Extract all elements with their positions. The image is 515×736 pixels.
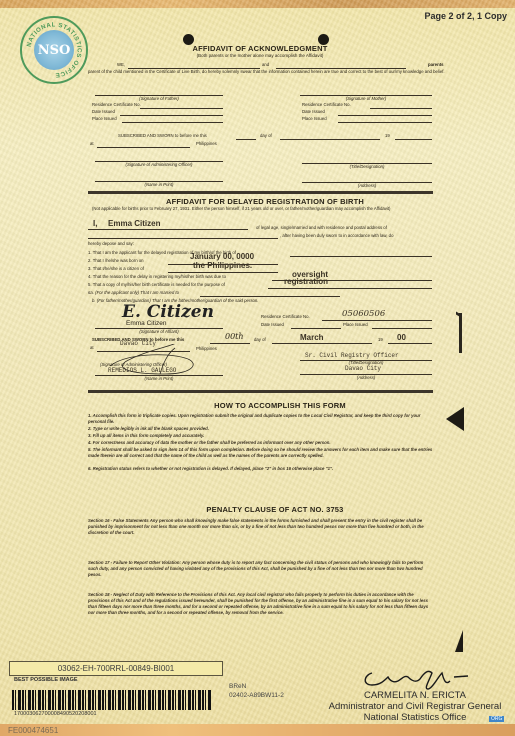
affiant-signature-caption: (Signature of Affiant) (95, 329, 223, 334)
admin-name-value: REMEDIOS L. GALLEGO (108, 367, 176, 374)
ack-sworn-label: SUBSCRIBED AND SWORN to before me this (118, 133, 207, 139)
delayed-date-issued-field[interactable] (291, 328, 341, 329)
acknowledgment-title: AFFIDAVIT OF ACKNOWLEDGMENT (150, 44, 370, 53)
delayed-year-field[interactable] (388, 343, 432, 344)
mother-place-issued-field[interactable] (338, 122, 432, 123)
penalty-title: PENALTY CLAUSE OF ACT NO. 3753 (175, 505, 375, 514)
ack-address-caption: (Address) (302, 183, 432, 188)
ack-year-prefix: 19 (385, 133, 390, 139)
delayed-item-6a-label: 6a. (For the applicant only) That I am m… (88, 290, 179, 296)
delayed-note: (Not applicable for births prior to Febr… (92, 206, 487, 212)
father-signature-caption: (Signature of Father) (95, 96, 223, 101)
penalty-section-18: Section 18 - Neglect of Duty with Refere… (88, 592, 433, 616)
nso-seal-icon: NATIONAL STATISTICS OFFICE NSO (20, 16, 88, 84)
registrar-signature (358, 663, 470, 693)
delayed-year-prefix: 19 (378, 337, 383, 343)
spouse-field[interactable] (200, 296, 340, 297)
father-date-issued-field[interactable] (120, 115, 223, 116)
form-serial-number: FE000474651 (8, 726, 58, 735)
seal-center: NSO (34, 30, 74, 70)
bottom-border (0, 724, 515, 736)
bren-label: BReN (229, 683, 246, 690)
delayed-item-2-label: 2. That I /he/she was born on (88, 258, 144, 264)
delayed-month-field[interactable] (272, 343, 372, 344)
legal-age-text: of legal age, single/married and with re… (256, 225, 491, 231)
father-res-cert-label: Residence Certificate No. (92, 102, 141, 108)
delayed-res-cert-field[interactable] (322, 320, 432, 321)
delayed-day-of-label: day of (254, 337, 266, 343)
how-to-item-3: 3. Fill up all items in this form comple… (88, 433, 433, 439)
ack-day-of-label: day of (260, 133, 272, 139)
sworn-year-value: 00 (397, 333, 406, 342)
how-to-item-6: 6. Registration status refers to whether… (88, 466, 433, 472)
sworn-month-value: March (300, 333, 324, 342)
parents-label: parents (428, 62, 444, 68)
ack-admin-signature-caption: (Signature of Administering Officer) (95, 162, 223, 167)
section-divider (88, 390, 433, 393)
margin-bracket-marker (459, 313, 462, 353)
how-to-item-1: 1. Accomplish this form in triplicate co… (88, 413, 433, 425)
affiant-address-field[interactable] (88, 238, 278, 239)
delayed-item-5-label: 5. That a copy of my/his/her birth certi… (88, 282, 225, 288)
ack-month-field[interactable] (280, 139, 380, 140)
corner-triangle-marker-icon (455, 630, 463, 652)
mother-res-cert-field[interactable] (370, 108, 432, 109)
citizenship-field[interactable] (168, 272, 278, 273)
delayed-item-1-field[interactable] (290, 256, 432, 257)
penalty-section-17: Section 17 - Failure to Report Other Vio… (88, 560, 433, 578)
affiant-printed-name: Emma Citizen (126, 320, 166, 327)
purpose-value: registration (284, 277, 328, 286)
delayed-item-4-label: 4. That the reason for the delay in regi… (88, 274, 226, 280)
acknowledgment-body: parent of the child mentioned in the Cer… (88, 69, 493, 75)
res-cert-value: 05060506 (342, 309, 385, 319)
affiant-signature: E. Citizen (122, 302, 214, 322)
father-place-issued-label: Place Issued (92, 116, 117, 122)
how-to-item-5: 5. The informant shall be asked to sign … (88, 447, 433, 459)
mother-place-issued-label: Place Issued (302, 116, 327, 122)
delayed-date-issued-label: Date Issued (261, 322, 284, 328)
depose-text: hereby depose and say: (88, 241, 134, 247)
delayed-title: AFFIDAVIT FOR DELAYED REGISTRATION OF BI… (120, 197, 410, 206)
ack-name-print-caption: (Name in Print) (95, 182, 223, 187)
delayed-address-caption: (Address) (300, 375, 432, 380)
citizenship-value: the Philippines. (193, 261, 252, 270)
delayed-res-cert-label: Residence Certificate No. (261, 314, 310, 320)
control-number-box: 03062-EH-700RRL-00849-BI001 (9, 661, 223, 676)
delayed-item-3-label: 3. That I/he/she is a citizen of (88, 266, 144, 272)
and-label: and (262, 62, 269, 68)
birth-date-value: January 00, 0000 (190, 252, 254, 261)
purpose-field[interactable] (268, 288, 432, 289)
page-indicator: Page 2 of 2, 1 Copy (424, 11, 507, 21)
how-to-item-2: 2. Type or write legibly in ink all the … (88, 426, 433, 432)
sworn-day-value: 00th (225, 332, 244, 341)
father-place-issued-field[interactable] (122, 122, 223, 123)
barcode-number: 170003062700008490520208001 (14, 711, 97, 717)
acknowledgment-subtitle: (Both parents or the mother alone may ac… (150, 53, 370, 58)
delayed-day-field[interactable] (210, 343, 250, 344)
ack-title-caption: (Title/Designation) (302, 164, 432, 169)
after-sworn-text: , after having been duly sworn to in acc… (280, 233, 490, 239)
penalty-section-16: Section 16 - False Statements Any person… (88, 518, 433, 536)
delayed-name-print-caption: (Name in Print) (95, 376, 223, 381)
ack-year-field[interactable] (395, 139, 432, 140)
i-label: I, (93, 219, 97, 228)
father-date-issued-label: Date Issued (92, 109, 115, 115)
how-to-title: HOW TO ACCOMPLISH THIS FORM (180, 401, 380, 410)
father-res-cert-field[interactable] (140, 108, 223, 109)
best-image-label: BEST POSSIBLE IMAGE (14, 677, 78, 683)
ack-at-label: at (90, 141, 94, 147)
delayed-place-issued-label: Place Issued (343, 322, 368, 328)
officer-title-value: Sr. Civil Registry Officer (305, 352, 399, 359)
left-triangle-marker-icon (446, 407, 464, 431)
how-to-item-4: 4. For correctness and accuracy of data … (88, 440, 433, 446)
top-border (0, 0, 515, 8)
signatory-title: Administrator and Civil Registrar Genera… (320, 701, 510, 712)
delayed-place-issued-field[interactable] (372, 328, 432, 329)
mother-date-issued-label: Date Issued (302, 109, 325, 115)
mother-date-issued-field[interactable] (338, 115, 432, 116)
bren-value: 02402-A89BW11-2 (229, 692, 284, 699)
we-label: WE, (117, 62, 125, 68)
ack-philippines-label: Philippines (196, 141, 217, 147)
section-divider (88, 191, 433, 194)
affiant-name-field[interactable] (88, 229, 248, 230)
ack-place-field[interactable] (97, 147, 190, 148)
delayed-at-label: at (90, 345, 94, 351)
officer-address-value: Davao City (345, 365, 381, 372)
mother-signature-caption: (Signature of Mother) (300, 96, 432, 101)
signatory-name: CARMELITA N. ERICTA (320, 690, 510, 701)
paper-texture (0, 0, 515, 736)
barcode-icon (12, 690, 212, 710)
mother-res-cert-label: Residence Certificate No. (302, 102, 351, 108)
ack-day-field[interactable] (236, 139, 256, 140)
org-badge: ORG (489, 716, 504, 722)
affiant-name-value: Emma Citizen (108, 219, 160, 228)
signatory-office: National Statistics Office (320, 712, 510, 723)
